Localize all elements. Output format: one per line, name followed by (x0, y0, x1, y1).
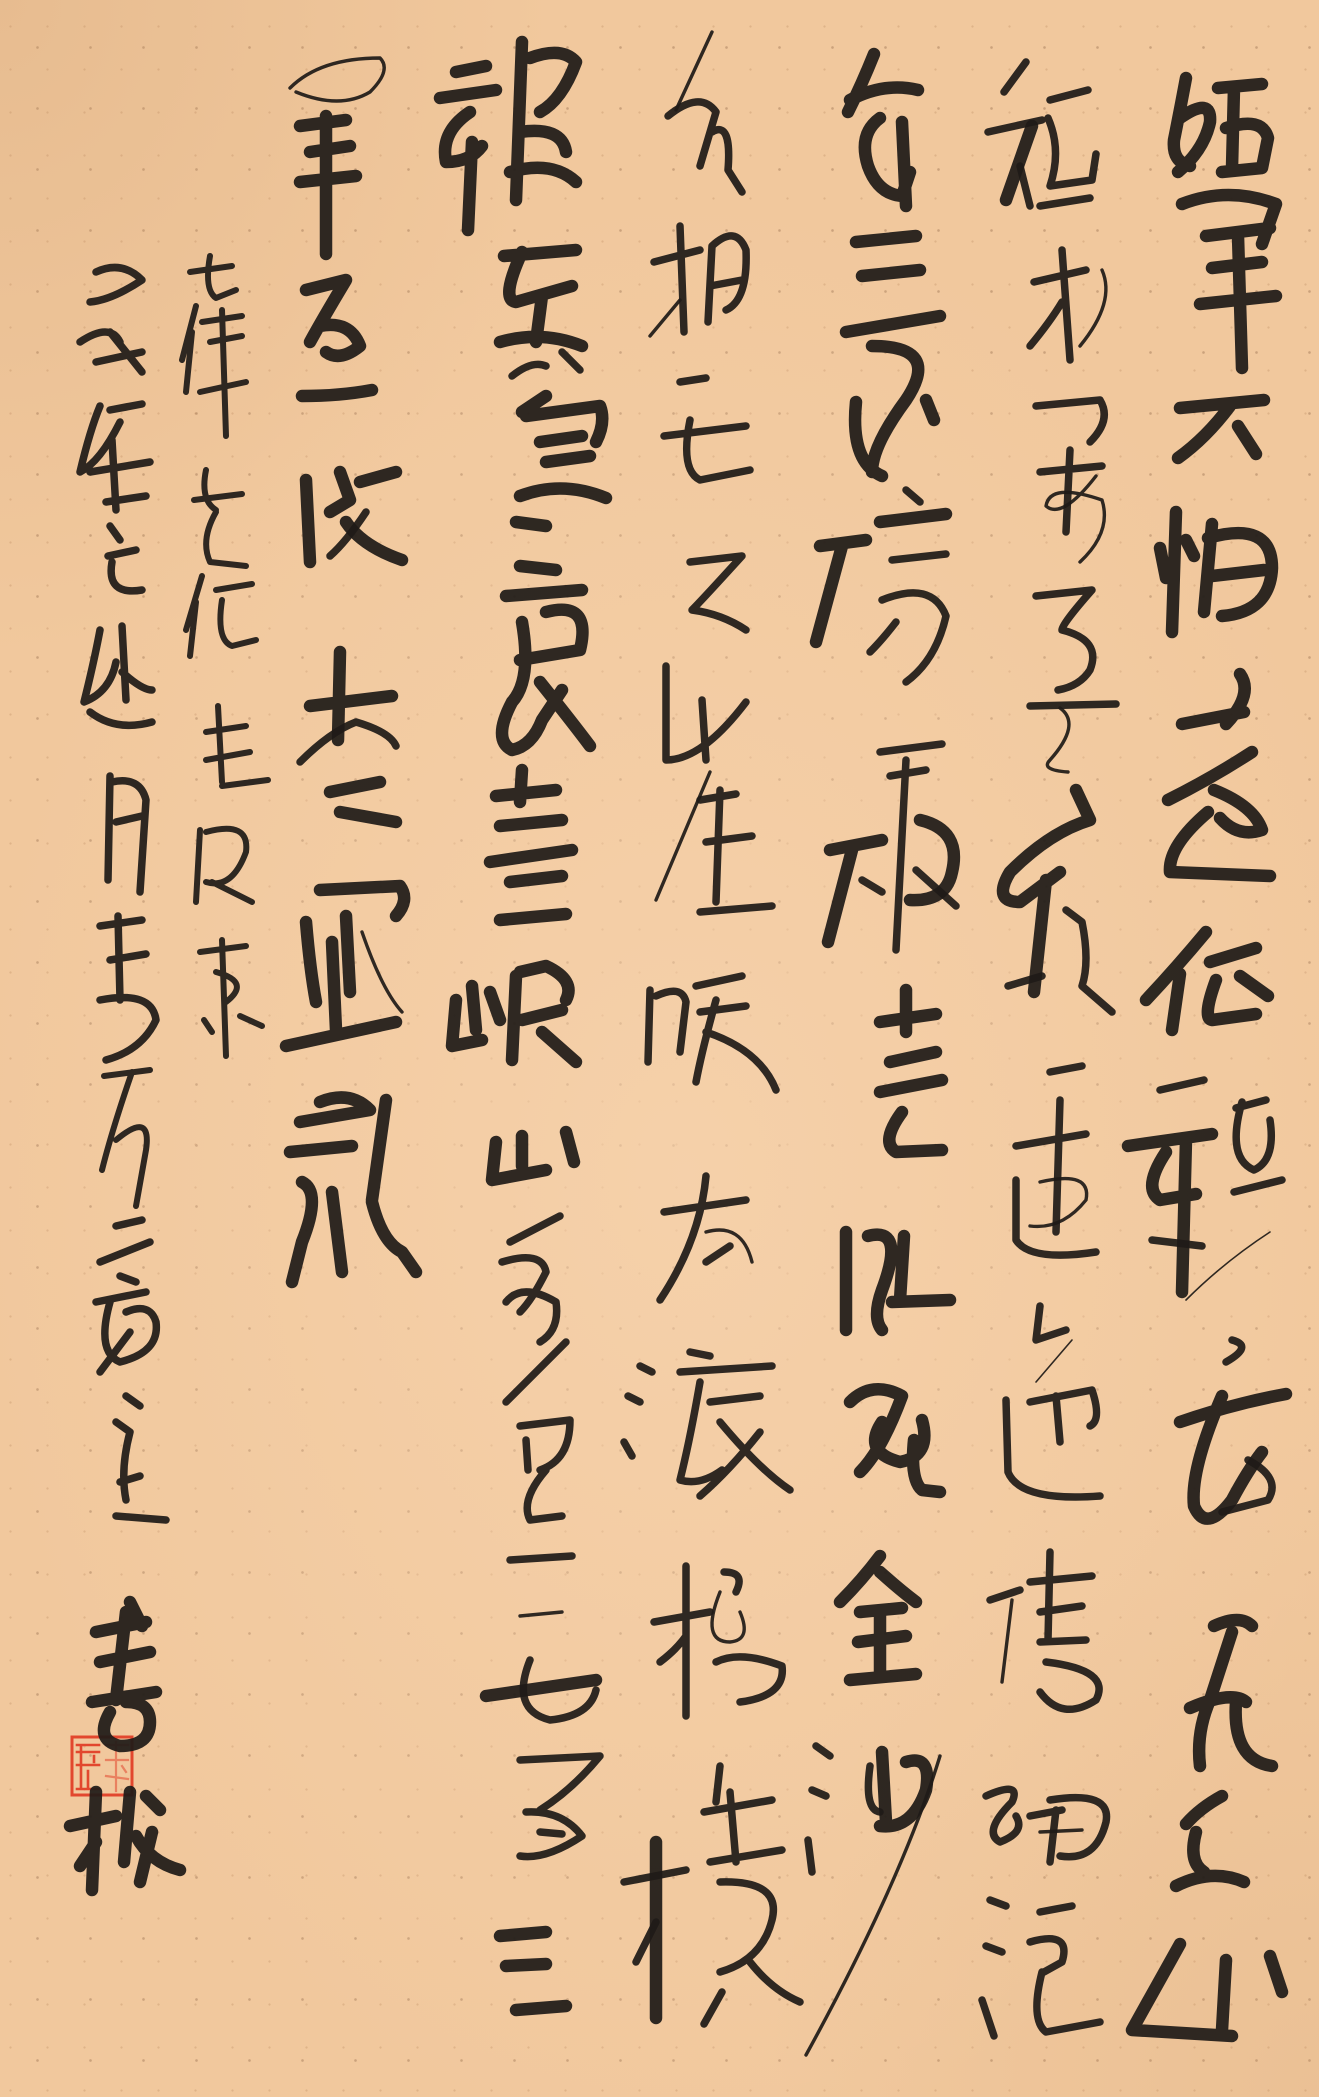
inscription-date-column (80, 268, 166, 1521)
brush-stroke (1152, 1080, 1282, 1246)
poem-column-5 (440, 42, 606, 2010)
calligraphy-glyph (1160, 512, 1272, 632)
brush-stroke (1176, 1796, 1244, 1886)
calligraphy-glyph (1146, 932, 1268, 1030)
calligraphy-glyph (194, 470, 246, 566)
brush-stroke (96, 1276, 156, 1372)
calligraphy-glyph (96, 1276, 156, 1372)
calligraphy-glyph (988, 62, 1096, 206)
calligraphy-glyph (668, 32, 742, 192)
calligraphy-glyph (1036, 590, 1093, 690)
calligraphy-glyph (828, 744, 956, 950)
brush-stroke (846, 236, 940, 476)
calligraphy-glyph (624, 1352, 790, 1496)
calligraphy-glyph (286, 886, 404, 1046)
brush-stroke (828, 820, 954, 942)
brush-stroke (520, 1612, 562, 1616)
calligraphy-glyph (990, 1552, 1099, 1709)
brush-stroke (200, 940, 262, 1056)
calligraphy-glyph (300, 652, 396, 822)
brush-stroke (1006, 1306, 1100, 1497)
calligraphy-glyph (182, 306, 246, 436)
brush-stroke (452, 966, 576, 1062)
brush-stroke (1080, 270, 1106, 346)
calligraphy-glyph (486, 1612, 600, 1857)
calligraphy-glyph (186, 576, 256, 656)
brush-stroke (286, 886, 404, 1046)
brush-stroke (1128, 1134, 1212, 1292)
brush-stroke (300, 722, 396, 762)
calligraphy-glyph (1006, 1306, 1100, 1497)
calligraphy-glyph (986, 1789, 1107, 1862)
brush-stroke (666, 666, 772, 912)
brush-stroke (1190, 1620, 1272, 1766)
brush-stroke (512, 352, 580, 376)
brush-stroke (650, 300, 680, 336)
brush-stroke (1047, 708, 1069, 772)
calligraphy-glyph (100, 1220, 150, 1262)
brush-stroke (102, 1070, 150, 1206)
calligraphy-glyph (510, 1420, 572, 1560)
brush-stroke (840, 1556, 916, 1680)
calligraphy-glyph (108, 776, 146, 892)
calligraphy-glyph (492, 1132, 574, 1180)
brush-stroke (182, 306, 246, 436)
calligraphy-glyph (816, 490, 946, 682)
calligraphy-glyph (302, 280, 372, 396)
calligraphy-glyph (190, 256, 236, 298)
brush-stroke (1174, 78, 1268, 172)
calligraphy-glyph (290, 58, 384, 254)
calligraphy-glyph (306, 472, 402, 562)
brush-stroke (848, 54, 918, 206)
brush-stroke (206, 706, 268, 786)
brush-stroke (1030, 250, 1086, 360)
brush-stroke (306, 472, 402, 562)
calligraphy-glyph (656, 666, 772, 912)
brush-stroke (656, 772, 710, 900)
calligraphy-glyph (84, 626, 152, 725)
calligraphy-glyph (1128, 1080, 1282, 1300)
brush-stroke (70, 1792, 180, 1890)
calligraphy-glyph (846, 1232, 950, 1330)
calligraphy-glyph (116, 1396, 166, 1520)
brush-stroke (1036, 400, 1104, 532)
brush-stroke (196, 829, 252, 902)
calligraphy-glyph (200, 940, 262, 1056)
brush-stroke (490, 770, 572, 920)
brush-stroke (664, 378, 750, 630)
brush-stroke (668, 102, 742, 192)
brush-stroke (676, 32, 712, 110)
inscription-title-column (182, 256, 268, 1056)
brush-stroke (1002, 1600, 1012, 1682)
calligraphy-glyph (846, 236, 940, 476)
brush-stroke (516, 396, 606, 570)
brush-stroke (116, 1396, 166, 1520)
poem-column-4 (624, 32, 800, 2024)
brush-stroke (1016, 1066, 1096, 1255)
calligraphy-glyph (290, 1098, 416, 1283)
calligraphy-glyph (848, 54, 918, 206)
calligraphy-glyph (840, 1556, 916, 1680)
brush-stroke (362, 932, 402, 1012)
calligraphy-glyph (1003, 704, 1116, 1012)
brush-stroke (80, 268, 142, 373)
calligraphy-glyph (452, 966, 576, 1062)
calligraphy-glyph (80, 404, 150, 510)
calligraphy-glyph (806, 1746, 940, 2055)
poem-column-6 (286, 58, 416, 1282)
brush-stroke (500, 1932, 566, 2010)
calligraphy-glyph (206, 706, 268, 786)
brush-stroke (190, 256, 236, 298)
brush-stroke (816, 514, 946, 642)
calligraphy-glyph (1190, 1620, 1272, 1766)
brush-stroke (1046, 476, 1104, 562)
calligraphy-glyph (648, 976, 776, 1090)
seal-glyph-left (77, 1745, 99, 1789)
calligraphy-glyph (102, 1070, 150, 1206)
calligraphy-glyph (982, 1900, 1100, 2036)
brush-stroke (194, 470, 246, 566)
brush-stroke (440, 42, 576, 230)
brush-stroke (1178, 400, 1264, 458)
brush-stroke (492, 1132, 574, 1180)
calligraphy-glyph (1176, 1796, 1244, 1886)
brush-stroke (1040, 1830, 1082, 1832)
poem-column-2 (982, 62, 1116, 2036)
calligraphy-glyph (196, 829, 252, 902)
brush-stroke (1036, 1340, 1072, 1382)
calligraphy-glyph (502, 1216, 566, 1402)
calligraphy-glyph (100, 916, 156, 1060)
brush-stroke (982, 1900, 1100, 2036)
brush-stroke (108, 776, 146, 892)
brush-stroke (808, 1746, 880, 1872)
calligraphy-glyph (664, 378, 750, 630)
brush-stroke (302, 280, 372, 396)
brush-stroke (1222, 1340, 1272, 1512)
brush-stroke (1168, 674, 1270, 876)
calligraphy-glyph (490, 770, 572, 920)
brush-stroke (1003, 790, 1090, 992)
calligraphy-glyph (624, 1766, 800, 2024)
poem-column-1 (1128, 78, 1286, 2036)
calligraphy-glyph (1016, 1066, 1096, 1255)
brush-stroke (500, 250, 582, 346)
calligraphy-glyph (502, 590, 590, 750)
calligraphy-glyph (880, 990, 942, 1152)
brush-stroke (92, 1602, 156, 1746)
calligraphy-glyph (500, 1932, 566, 2010)
brush-stroke (880, 990, 942, 1152)
brush-stroke (108, 526, 142, 591)
calligraphy-glyph (1174, 78, 1268, 172)
brush-stroke (100, 1220, 150, 1262)
brush-stroke (186, 576, 256, 656)
brush-stroke (1132, 1944, 1282, 2036)
brush-stroke (80, 404, 150, 510)
brush-stroke (1146, 932, 1268, 1030)
calligraphy-glyph (92, 1602, 156, 1746)
brush-stroke (624, 1352, 790, 1496)
ink-layer (0, 0, 1319, 2097)
calligraphy-glyph (660, 1176, 752, 1300)
calligraphy-glyph (650, 226, 746, 336)
brush-stroke (84, 626, 152, 725)
calligraphy-glyph (70, 1792, 180, 1890)
calligraphy-glyph (1178, 400, 1264, 458)
calligraphy-glyph (500, 250, 582, 376)
brush-stroke (502, 1216, 566, 1402)
brush-stroke (510, 1420, 572, 1560)
calligraphy-glyph (80, 268, 142, 373)
calligraphy-glyph (1180, 1340, 1286, 1519)
calligraphy-glyph (1182, 195, 1276, 368)
brush-stroke (990, 1552, 1099, 1709)
poem-column-3 (806, 54, 956, 2055)
brush-stroke (846, 1232, 950, 1330)
calligraphy-glyph (1036, 400, 1104, 562)
calligraphy-glyph (440, 42, 576, 230)
brush-stroke (648, 976, 776, 1090)
brush-stroke (660, 1176, 746, 1300)
brush-stroke (502, 590, 590, 750)
brush-stroke (1182, 195, 1276, 368)
brush-stroke (290, 58, 384, 101)
brush-stroke (850, 1389, 940, 1492)
brush-stroke (1036, 590, 1093, 690)
brush-stroke (654, 1566, 782, 1716)
calligraphy-glyph (516, 396, 606, 570)
calligraphy-glyph (1132, 1944, 1282, 2036)
brush-stroke (486, 1680, 596, 1696)
calligraphy-glyph (654, 1566, 782, 1716)
calligraphy-glyph (1168, 674, 1270, 876)
brush-stroke (1160, 512, 1272, 632)
calligraphy-glyph (850, 1389, 940, 1492)
calligraphy-glyph (1030, 250, 1106, 360)
brush-stroke (712, 1592, 744, 1642)
calligraphy-scroll: 紅軍不怕遠征難萬水千山 衹等閑五嶺逶迤騰細浪 烏蒙磅礴走泥丸金沙 水拍雲崖暖大渡… (0, 0, 1319, 2097)
brush-stroke (290, 1098, 416, 1283)
brush-stroke (986, 1789, 1107, 1862)
brush-stroke (300, 116, 356, 254)
brush-stroke (100, 916, 156, 1060)
brush-stroke (988, 62, 1096, 206)
calligraphy-glyph (108, 526, 142, 591)
